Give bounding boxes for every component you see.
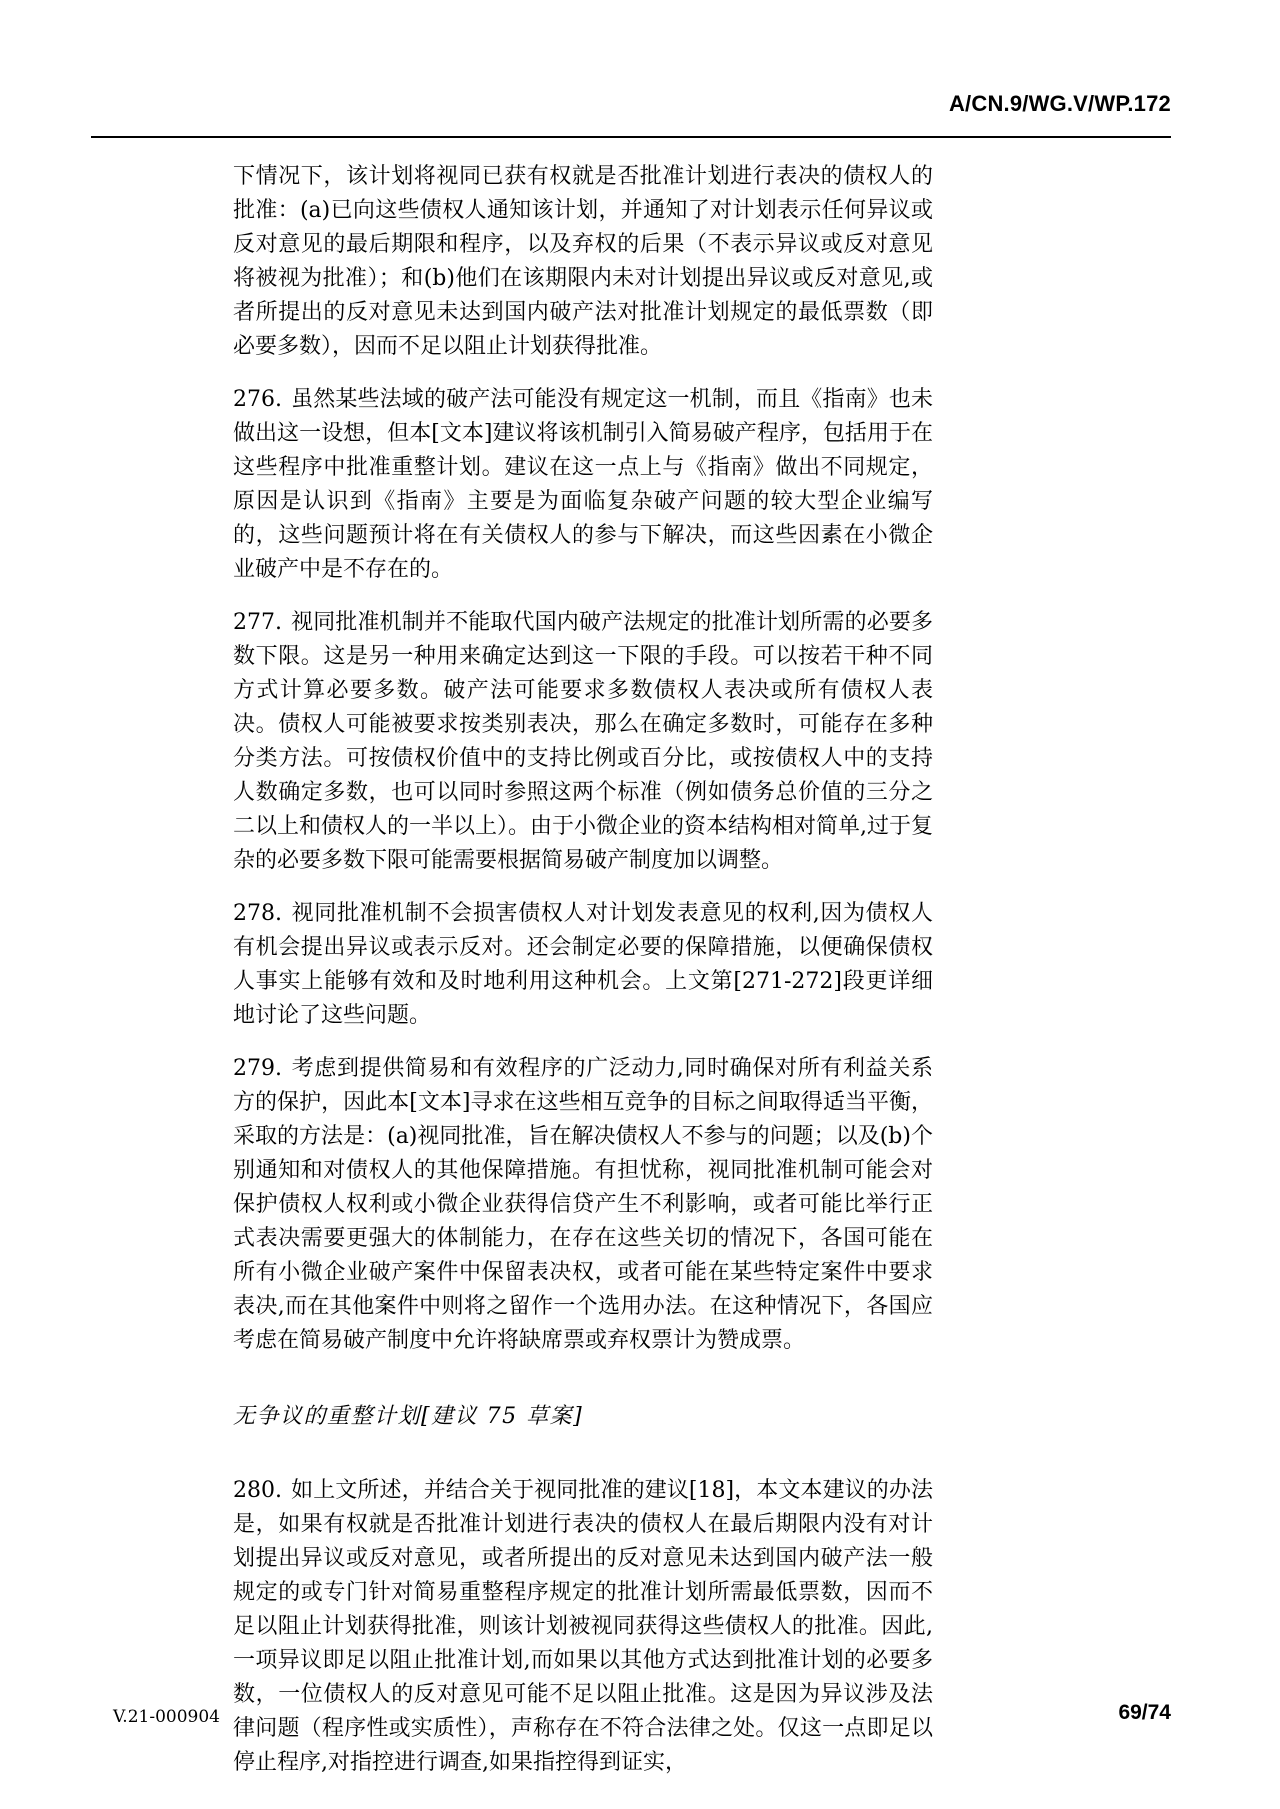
paragraph-280-text: 如上文所述，并结合关于视同批准的建议[18]，本文本建议的办法是，如果有权就是否… bbox=[233, 1478, 933, 1775]
paragraph-278-number: 278. bbox=[233, 901, 282, 926]
paragraph-276-number: 276. bbox=[233, 387, 282, 412]
paragraph-279-text: 考虑到提供简易和有效程序的广泛动力,同时确保对所有利益关系方的保护，因此本[文本… bbox=[233, 1056, 933, 1353]
paragraph-279-number: 279. bbox=[233, 1056, 282, 1081]
paragraph-277: 277.视同批准机制并不能取代国内破产法规定的批准计划所需的必要多数下限。这是另… bbox=[233, 606, 933, 878]
paragraph-277-text: 视同批准机制并不能取代国内破产法规定的批准计划所需的必要多数下限。这是另一种用来… bbox=[233, 610, 933, 873]
paragraph-276-text: 虽然某些法域的破产法可能没有规定这一机制，而且《指南》也未做出这一设想，但本[文… bbox=[233, 387, 933, 582]
paragraph-continuation: 下情况下，该计划将视同已获有权就是否批准计划进行表决的债权人的批准：(a)已向这… bbox=[233, 160, 933, 364]
paragraph-280-number: 280. bbox=[233, 1478, 282, 1503]
footer-job-number: V.21-000904 bbox=[113, 1707, 220, 1727]
footer-page-number: 69/74 bbox=[1118, 1701, 1171, 1725]
section-heading-uncontested-plan: 无争议的重整计划[建议 75 草案] bbox=[233, 1400, 933, 1434]
document-page: A/CN.9/WG.V/WP.172 下情况下，该计划将视同已获有权就是否批准计… bbox=[0, 0, 1280, 1809]
paragraph-278: 278.视同批准机制不会损害债权人对计划发表意见的权利,因为债权人有机会提出异议… bbox=[233, 897, 933, 1033]
paragraph-277-number: 277. bbox=[233, 610, 282, 635]
paragraph-279: 279.考虑到提供简易和有效程序的广泛动力,同时确保对所有利益关系方的保护，因此… bbox=[233, 1052, 933, 1358]
paragraph-276: 276.虽然某些法域的破产法可能没有规定这一机制，而且《指南》也未做出这一设想，… bbox=[233, 383, 933, 587]
header-rule bbox=[91, 136, 1171, 138]
document-body: 下情况下，该计划将视同已获有权就是否批准计划进行表决的债权人的批准：(a)已向这… bbox=[233, 160, 933, 1799]
document-symbol: A/CN.9/WG.V/WP.172 bbox=[949, 91, 1171, 117]
paragraph-280: 280.如上文所述，并结合关于视同批准的建议[18]，本文本建议的办法是，如果有… bbox=[233, 1474, 933, 1780]
paragraph-278-text: 视同批准机制不会损害债权人对计划发表意见的权利,因为债权人有机会提出异议或表示反… bbox=[233, 901, 933, 1028]
